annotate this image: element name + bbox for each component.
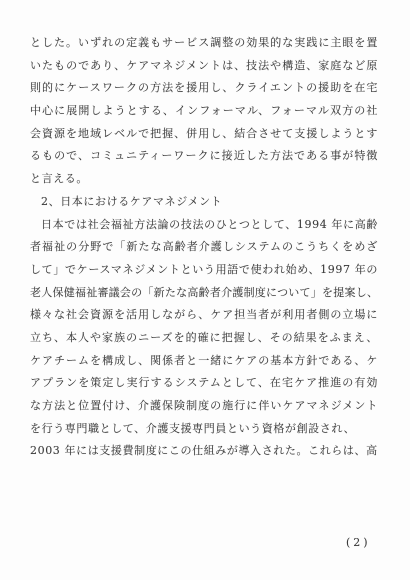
text-line: な方法と位置付け、介護保険制度の施行に伴いケアマネジメント bbox=[30, 395, 378, 418]
text-line: 則的にケースワークの方法を援用し、クライエントの援助を在宅 bbox=[30, 77, 378, 100]
text-line: 中心に展開しようとする、インフォーマル、フォーマル双方の社 bbox=[30, 100, 378, 123]
text-line: いたものであり、ケアマネジメントは、技法や構造、家庭など原 bbox=[30, 55, 378, 78]
text-line: 様々な社会資源を活用しながら、ケア担当者が利用者側の立場に bbox=[30, 304, 378, 327]
text-line: 会資源を地域レベルで把握、併用し、結合させて支援しようとす bbox=[30, 123, 378, 146]
document-page: とした。いずれの定義もサービス調整の効果的な実践に主眼を置 いたものであり、ケア… bbox=[0, 0, 410, 580]
text-line: ケアチームを構成し、関係者と一緒にケアの基本方針である、ケ bbox=[30, 350, 378, 373]
text-line: るもので、コミュニティーワークに接近した方法である事が特徴 bbox=[30, 145, 378, 168]
text-line: 日本では社会福祉方法論の技法のひとつとして、1994 年に高齢 bbox=[30, 214, 378, 237]
text-line: アプランを策定し実行するシステムとして、在宅ケア推進の有効 bbox=[30, 372, 378, 395]
body-text: とした。いずれの定義もサービス調整の効果的な実践に主眼を置 いたものであり、ケア… bbox=[30, 32, 378, 463]
text-line: 2003 年には支援費制度にこの仕組みが導入された。これらは、高 bbox=[30, 440, 378, 463]
text-line: 老人保健福祉審議会の「新たな高齢者介護制度について」を提案し、 bbox=[30, 282, 378, 305]
text-line: を行う専門職として、介護支援専門員という資格が創設され、 bbox=[30, 418, 378, 441]
text-line: して」でケースマネジメントという用語で使われ始め、1997 年の bbox=[30, 259, 378, 282]
text-line: 者福祉の分野で「新たな高齢者介護しシステムのこうちくをめざ bbox=[30, 236, 378, 259]
text-line: とした。いずれの定義もサービス調整の効果的な実践に主眼を置 bbox=[30, 32, 378, 55]
text-line: 立ち、本人や家族のニーズを的確に把握し、その結果をふまえ、 bbox=[30, 327, 378, 350]
page-number: (2) bbox=[346, 536, 371, 549]
text-line: と言える。 bbox=[30, 168, 378, 191]
section-heading: 2、日本におけるケアマネジメント bbox=[30, 191, 378, 214]
